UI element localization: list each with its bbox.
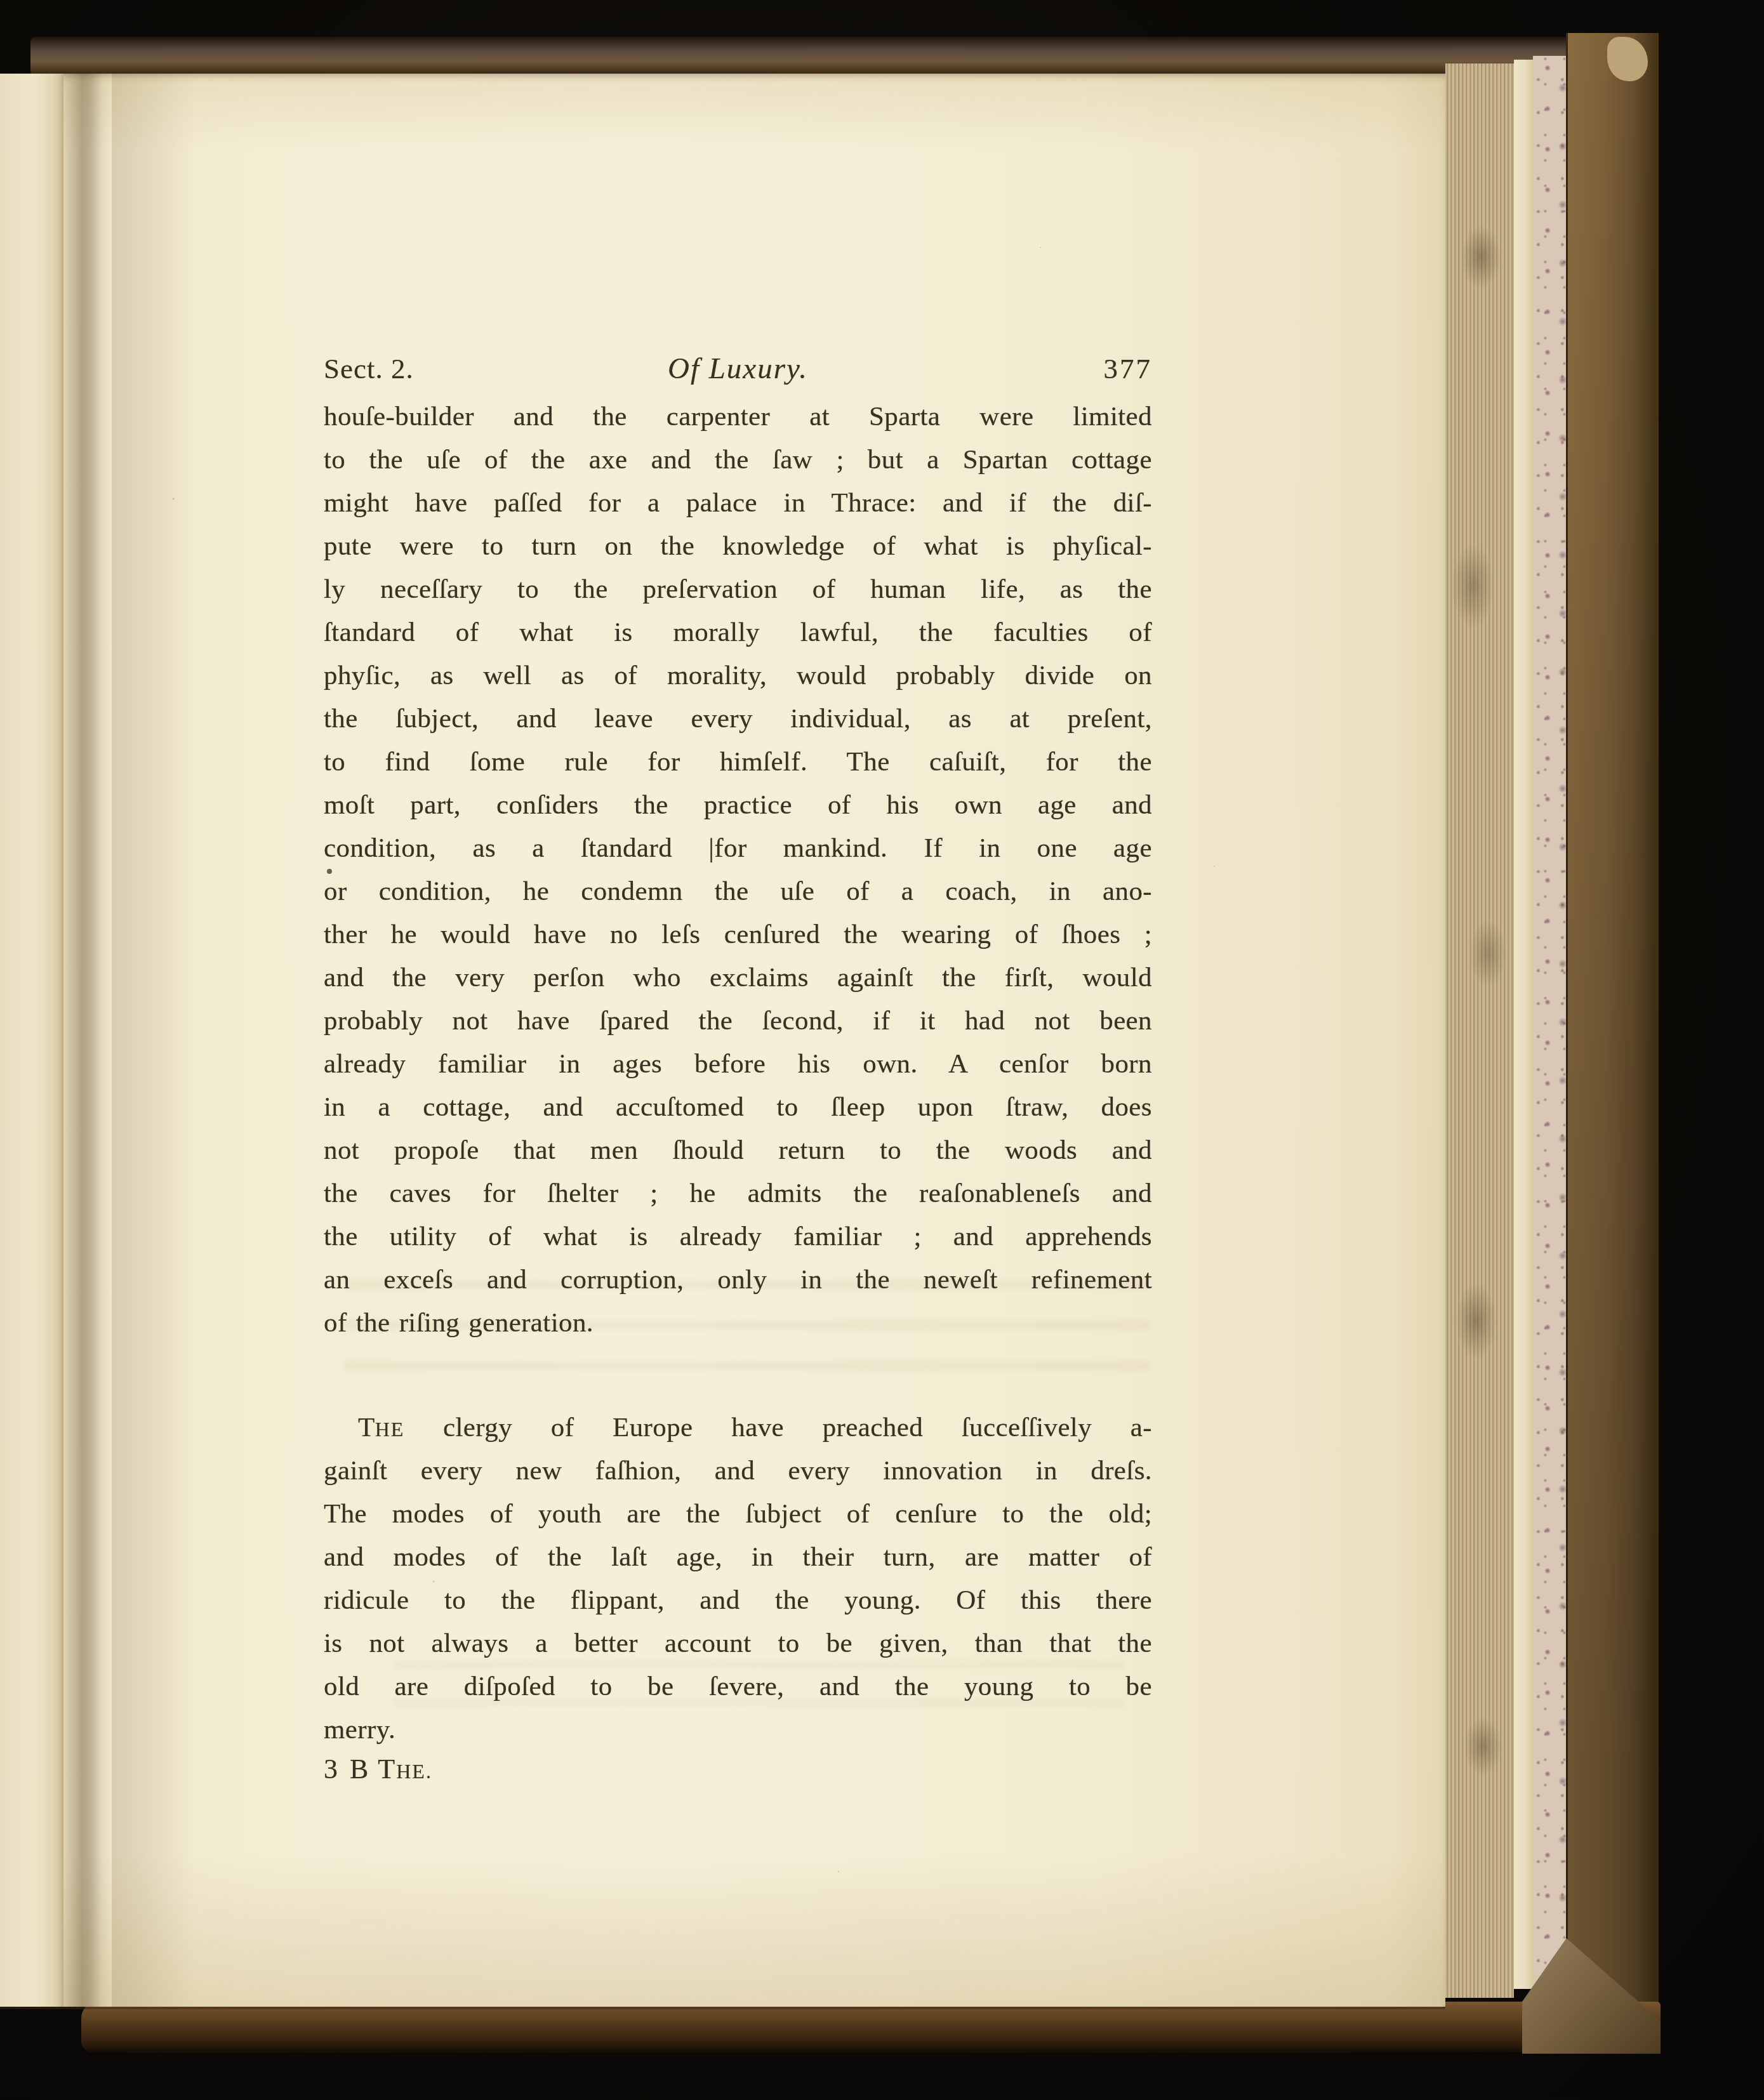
leather-cover-right-board bbox=[1566, 33, 1659, 2050]
page-number: 377 bbox=[943, 347, 1152, 391]
section-label: Sect. 2. bbox=[324, 347, 533, 391]
text-line: ly neceſſary to the preſervation of huma… bbox=[324, 568, 1152, 611]
text-line: houſe-builder and the carpenter at Spart… bbox=[324, 395, 1152, 439]
book-photograph: Sect. 2. Of Luxury. 377 houſe-builder an… bbox=[0, 0, 1764, 2100]
text-block: Sect. 2. Of Luxury. 377 houſe-builder an… bbox=[324, 347, 1152, 1796]
text-line: in a cottage, and accuſtomed to ſleep up… bbox=[324, 1086, 1152, 1129]
book-page: Sect. 2. Of Luxury. 377 houſe-builder an… bbox=[0, 74, 1445, 2007]
text-line: THE clergy of Europe have preached ſucce… bbox=[324, 1406, 1152, 1450]
text-line: condition, as a ſtandard |for mankind. I… bbox=[324, 827, 1152, 870]
text-line: an exceſs and corruption, only in the ne… bbox=[324, 1258, 1152, 1302]
leather-cover-bottom-edge bbox=[81, 2002, 1661, 2052]
marbled-endpaper-edge bbox=[1533, 56, 1566, 1986]
body-paragraph-2: THE clergy of Europe have preached ſucce… bbox=[324, 1406, 1152, 1752]
text-line: is not always a better account to be giv… bbox=[324, 1622, 1152, 1665]
catchword: THE. bbox=[378, 1753, 432, 1785]
text-line: ſtandard of what is morally lawful, the … bbox=[324, 611, 1152, 654]
running-title: Of Luxury. bbox=[533, 347, 943, 391]
text-line: merry. bbox=[324, 1708, 1152, 1752]
endpaper-edge-sliver bbox=[1514, 60, 1533, 1989]
text-line: gainſt every new faſhion, and every inno… bbox=[324, 1450, 1152, 1493]
text-line: or condition, he condemn the uſe of a co… bbox=[324, 870, 1152, 913]
text-line: ridicule to the flippant, and the young.… bbox=[324, 1579, 1152, 1622]
page-header: Sect. 2. Of Luxury. 377 bbox=[324, 347, 1152, 391]
text-line: the caves for ſhelter ; he admits the re… bbox=[324, 1172, 1152, 1215]
text-line: phyſic, as well as of morality, would pr… bbox=[324, 654, 1152, 697]
text-line: to find ſome rule for himſelf. The caſui… bbox=[324, 741, 1152, 784]
text-line: of the riſing generation. bbox=[324, 1302, 1152, 1345]
catchword-capital: T bbox=[378, 1753, 396, 1785]
text-line: already familiar in ages before his own.… bbox=[324, 1043, 1152, 1086]
paragraph-lead-small-caps: HE bbox=[375, 1418, 405, 1441]
text-line: old are diſpoſed to be ſevere, and the y… bbox=[324, 1665, 1152, 1708]
text-line-rest: clergy of Europe have preached ſucceſſiv… bbox=[404, 1413, 1152, 1443]
signature-mark: 3 B bbox=[324, 1753, 371, 1785]
body-paragraph-1: houſe-builder and the carpenter at Spart… bbox=[324, 395, 1152, 1345]
text-line: probably not have ſpared the ſecond, if … bbox=[324, 1000, 1152, 1043]
leather-cover-top-edge bbox=[30, 37, 1657, 76]
text-line: to the uſe of the axe and the ſaw ; but … bbox=[324, 439, 1152, 482]
text-line: pute were to turn on the knowledge of wh… bbox=[324, 525, 1152, 568]
page-footer: 3 B THE. bbox=[324, 1752, 1152, 1796]
text-line: The modes of youth are the ſubject of ce… bbox=[324, 1493, 1152, 1536]
paragraph-lead-capital: T bbox=[358, 1413, 375, 1443]
text-line: the utility of what is already familiar … bbox=[324, 1215, 1152, 1258]
text-line: ther he would have no leſs cenſured the … bbox=[324, 913, 1152, 956]
text-line: moſt part, conſiders the practice of his… bbox=[324, 784, 1152, 827]
catchword-small-caps: HE. bbox=[396, 1760, 432, 1783]
text-line: not propoſe that men ſhould return to th… bbox=[324, 1129, 1152, 1172]
page-stack-fore-edge bbox=[1445, 63, 1514, 1998]
text-line: the ſubject, and leave every individual,… bbox=[324, 697, 1152, 741]
text-line: might have paſſed for a palace in Thrace… bbox=[324, 482, 1152, 525]
text-line: and modes of the laſt age, in their turn… bbox=[324, 1536, 1152, 1579]
text-line: and the very perſon who exclaims againſt… bbox=[324, 956, 1152, 1000]
